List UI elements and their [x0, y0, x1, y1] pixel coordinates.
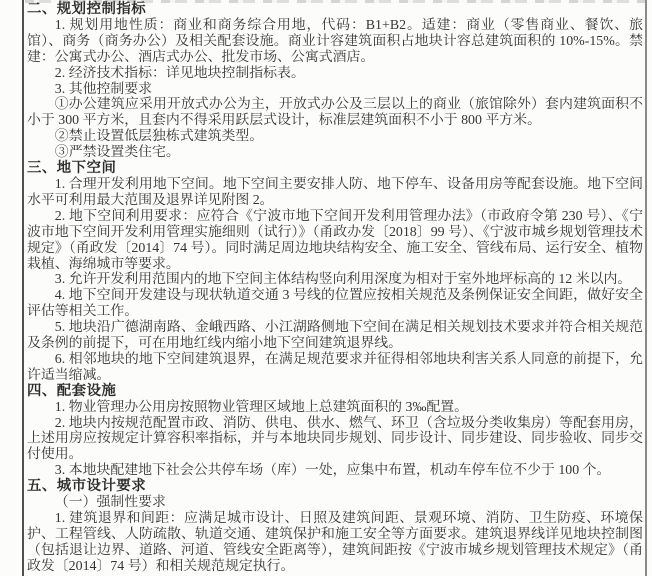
section-heading: 二、规划控制指标 — [27, 2, 643, 18]
paragraph: ③严禁设置类住宅。 — [27, 145, 643, 161]
section-heading: 三、地下空间 — [27, 161, 643, 177]
section-supporting-facilities: 四、配套设施 1. 物业管理办公用房按照物业管理区域地上总建筑面积的 3‰配置。… — [27, 384, 643, 479]
section-planning-control-indicators: 二、规划控制指标 1. 规划用地性质：商业和商务综合用地，代码：B1+B2。适建… — [27, 2, 643, 161]
paragraph: （一）强制性要求 — [27, 495, 643, 511]
paragraph: 2. 地块内按规范配置市政、消防、供电、供水、燃气、环卫（含垃圾分类收集房）等配… — [27, 416, 643, 464]
paragraph: 3. 其他控制要求 — [27, 82, 643, 98]
paragraph: 2. 地下空间利用要求：应符合《宁波市地下空间开发利用管理办法》（市政府令第 2… — [27, 209, 643, 273]
paragraph: 6. 相邻地块的地下空间建筑退界，在满足规范要求并征得相邻地块利害关系人同意的前… — [27, 352, 643, 384]
paragraph: 3. 允许开发利用范围内的地下空间主体结构竖向利用深度为相对于室外地坪标高的 1… — [27, 272, 643, 288]
paragraph: 2. 经济技术指标：详见地块控制指标表。 — [27, 66, 643, 82]
section-urban-design-requirements: 五、城市设计要求 （一）强制性要求 1. 建筑退界和间距：应满足城市设计、日照及… — [27, 479, 643, 574]
paragraph: ②禁止设置低层独栋式建筑类型。 — [27, 129, 643, 145]
document-content: 二、规划控制指标 1. 规划用地性质：商业和商务综合用地，代码：B1+B2。适建… — [22, 0, 647, 576]
scan-artifact-top — [25, 0, 645, 3]
section-underground-space: 三、地下空间 1. 合理开发利用地下空间。地下空间主要安排人防、地下停车、设备用… — [27, 161, 643, 384]
paragraph: 1. 建筑退界和间距：应满足城市设计、日照及建筑间距、景观环境、消防、卫生防疫、… — [27, 511, 643, 575]
paragraph: 4. 地下空间开发建设与现状轨道交通 3 号线的位置应按相关规范及条例保证安全间… — [27, 288, 643, 320]
paragraph: ①办公建筑应采用开放式办公为主，开放式办公及三层以上的商业（旅馆除外）套内建筑面… — [27, 97, 643, 129]
section-heading: 四、配套设施 — [27, 384, 643, 400]
paragraph: 1. 物业管理办公用房按照物业管理区域地上总建筑面积的 3‰配置。 — [27, 400, 643, 416]
section-heading: 五、城市设计要求 — [27, 479, 643, 495]
paragraph: 1. 规划用地性质：商业和商务综合用地，代码：B1+B2。适建：商业（零售商业、… — [27, 18, 643, 66]
paragraph: 3. 本地块配建地下社会公共停车场（库）一处，应集中布置，机动车停车位不少于 1… — [27, 463, 643, 479]
paragraph: 1. 合理开发利用地下空间。地下空间主要安排人防、地下停车、设备用房等配套设施。… — [27, 177, 643, 209]
paragraph: 5. 地块沿广德湖南路、金峨西路、小江湖路侧地下空间在满足相关规划技术要求并符合… — [27, 320, 643, 352]
document-page: 二、规划控制指标 1. 规划用地性质：商业和商务综合用地，代码：B1+B2。适建… — [0, 0, 652, 576]
